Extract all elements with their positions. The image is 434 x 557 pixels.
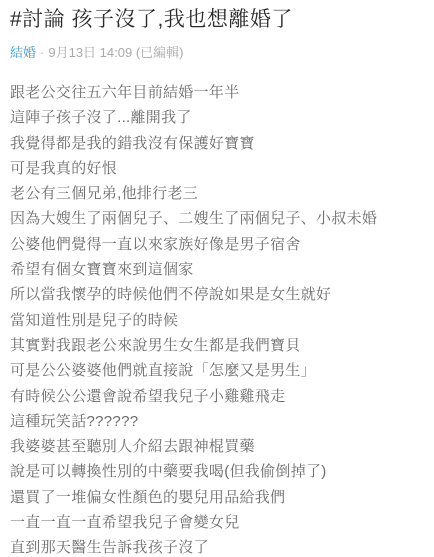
post-body-line: 因為大嫂生了兩個兒子、二嫂生了兩個兒子、小叔未婚	[10, 206, 422, 231]
post-body: 跟老公交往五六年目前結婚一年半這陣子孩子沒了...離開我了我覺得都是我的錯我沒有…	[10, 80, 422, 557]
post-body-line: 一直一直一直希望我兒子會變女兒	[10, 510, 422, 535]
post-body-line: 直到那天醫生告訴我孩子沒了	[10, 535, 422, 557]
post-meta: 結婚·9月13日 14:09 (已編輯)	[10, 44, 422, 62]
post-timestamp: 9月13日 14:09	[48, 45, 132, 60]
post-body-line: 跟老公交往五六年目前結婚一年半	[10, 80, 422, 105]
post-body-line: 這種玩笑話??????	[10, 409, 422, 434]
post-body-line: 其實對我跟老公來說男生女生都是我們寶貝	[10, 333, 422, 358]
forum-link[interactable]: 結婚	[10, 45, 36, 60]
post-body-line: 希望有個女寶寶來到這個家	[10, 257, 422, 282]
post-body-line: 我婆婆甚至聽別人介紹去跟神棍買藥	[10, 434, 422, 459]
post-body-line: 可是公公婆婆他們就直接說「怎麼又是男生」	[10, 358, 422, 383]
post-body-line: 當知道性別是兒子的時候	[10, 308, 422, 333]
post-body-line: 還買了一堆偏女性顏色的嬰兒用品給我們	[10, 485, 422, 510]
edited-badge: (已編輯)	[136, 45, 184, 60]
post-body-line: 有時候公公還會說希望我兒子小雞雞飛走	[10, 384, 422, 409]
post-body-line: 公婆他們覺得一直以來家族好像是男子宿舍	[10, 232, 422, 257]
meta-separator: ·	[40, 45, 44, 60]
post-body-line: 可是我真的好恨	[10, 156, 422, 181]
post-body-line: 這陣子孩子沒了...離開我了	[10, 105, 422, 130]
post-body-line: 所以當我懷孕的時候他們不停說如果是女生就好	[10, 282, 422, 307]
post-body-line: 老公有三個兄弟,他排行老三	[10, 181, 422, 206]
post-body-line: 說是可以轉換性別的中藥要我喝(但我偷倒掉了)	[10, 459, 422, 484]
post-page: #討論 孩子沒了,我也想離婚了 結婚·9月13日 14:09 (已編輯) 跟老公…	[0, 0, 434, 557]
post-body-line: 我覺得都是我的錯我沒有保護好寶寶	[10, 131, 422, 156]
post-title: #討論 孩子沒了,我也想離婚了	[10, 5, 422, 35]
